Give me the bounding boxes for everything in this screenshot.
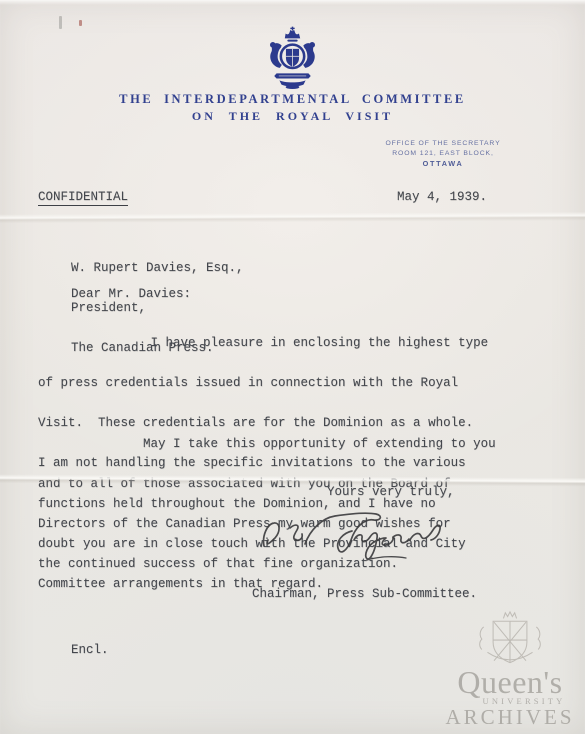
handwritten-signature bbox=[250, 498, 455, 566]
royal-coat-of-arms-icon bbox=[264, 26, 321, 90]
scanned-letter-page: THE INTERDEPARTMENTAL COMMITTEE ON THE R… bbox=[0, 0, 585, 734]
salutation: Dear Mr. Davies: bbox=[71, 288, 191, 301]
watermark-queens-text: Queen's bbox=[440, 668, 580, 697]
enclosure-notation: Encl. bbox=[71, 644, 109, 657]
red-pencil-mark bbox=[79, 20, 82, 26]
queens-university-crest-icon bbox=[464, 610, 556, 672]
office-line1: OFFICE OF THE SECRETARY bbox=[352, 139, 534, 149]
office-city: OTTAWA bbox=[352, 159, 534, 169]
body-line: May I take this opportunity of extending… bbox=[38, 438, 496, 451]
scan-edge-highlight bbox=[0, 0, 585, 5]
recipient-name: W. Rupert Davies, Esq., bbox=[71, 262, 244, 275]
signer-title: Chairman, Press Sub-Committee. bbox=[252, 588, 477, 601]
office-line2: ROOM 121, EAST BLOCK, bbox=[352, 149, 534, 159]
letterhead-org-name-line2: ON THE ROYAL VISIT bbox=[0, 109, 585, 124]
archives-watermark: Queen's UNIVERSITY ARCHIVES bbox=[440, 610, 580, 730]
confidential-stamp: CONFIDENTIAL bbox=[38, 191, 128, 206]
body-line: I have pleasure in enclosing the highest… bbox=[38, 337, 488, 350]
letterhead-org-name-line1: THE INTERDEPARTMENTAL COMMITTEE bbox=[0, 92, 585, 107]
watermark-archives-text: ARCHIVES bbox=[440, 705, 580, 730]
fold-crease-top bbox=[0, 212, 585, 224]
pencil-mark bbox=[59, 16, 62, 29]
body-line: of press credentials issued in connectio… bbox=[38, 377, 488, 390]
office-address-block: OFFICE OF THE SECRETARY ROOM 121, EAST B… bbox=[352, 139, 534, 169]
letter-date: May 4, 1939. bbox=[397, 191, 487, 204]
